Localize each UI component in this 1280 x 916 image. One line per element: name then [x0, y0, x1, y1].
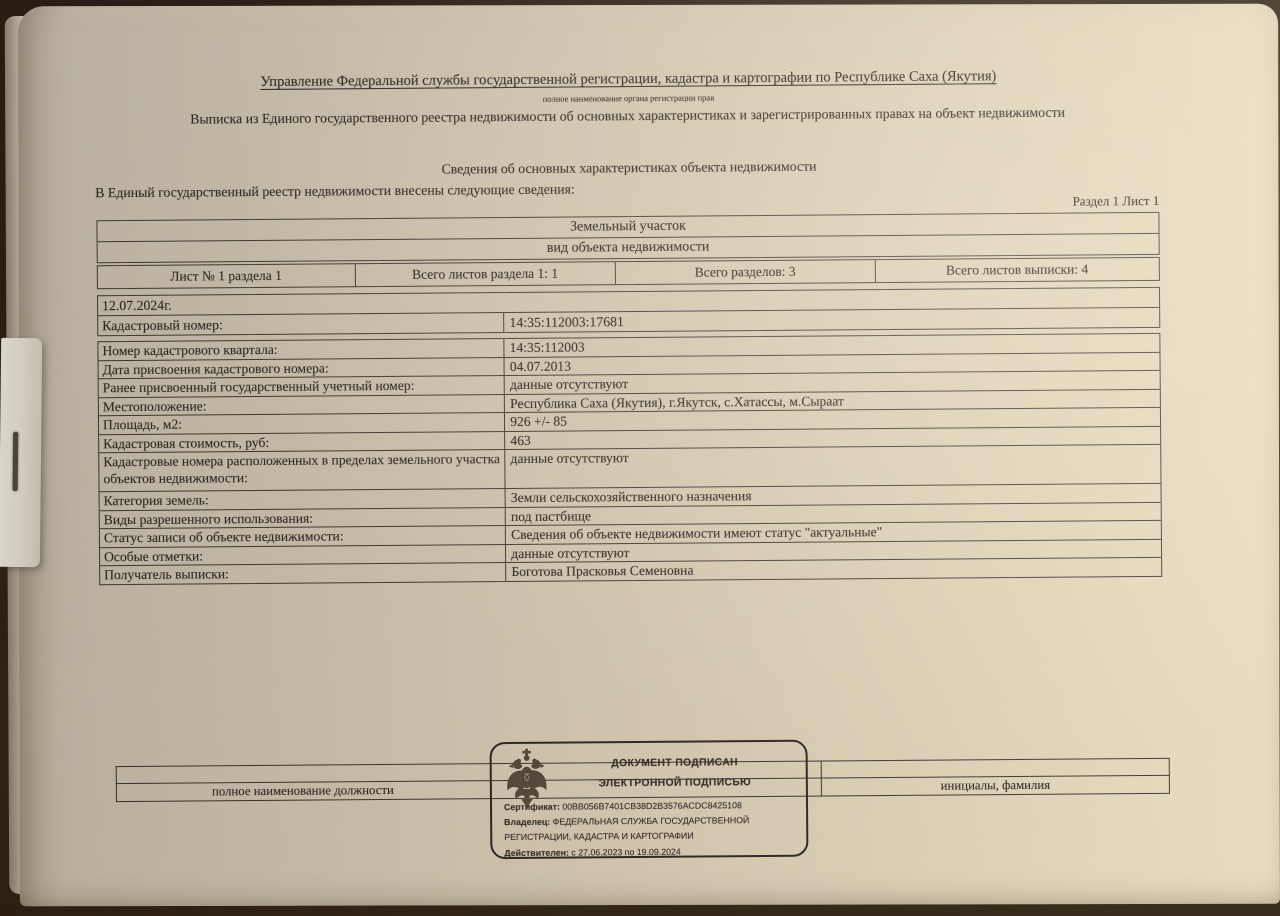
org-title-text: Управление Федеральной службы государств… — [260, 68, 996, 90]
doc-title: Выписка из Единого государственного реес… — [58, 104, 1198, 129]
row-label: Номер кадастрового квартала: — [98, 339, 504, 360]
row-label: Кадастровый номер: — [98, 313, 504, 335]
certificate-value: 00BB056B7401CB38D2B3576ACDC8425108 — [562, 800, 742, 811]
details-table: Номер кадастрового квартала: 14:35:11200… — [97, 333, 1162, 585]
object-type-table: Земельный участок вид объекта недвижимос… — [96, 212, 1159, 263]
row-label: Площадь, м2: — [99, 413, 505, 434]
row-label: Особые отметки: — [100, 545, 506, 566]
document-content: Управление Федеральной службы государств… — [0, 0, 1280, 916]
row-label: Статус записи об объекте недвижимости: — [100, 526, 506, 547]
row-label: Ранее присвоенный государственный учетны… — [99, 376, 505, 397]
row-label: Дата присвоения кадастрового номера: — [99, 358, 505, 379]
row-value: данные отсутствуют — [505, 445, 1160, 488]
stamp-validity-line: Действителен: с 27.06.2023 по 19.09.2024 — [504, 843, 800, 861]
row-label: Кадастровые номера расположенных в преде… — [99, 450, 506, 491]
row-value: Боготова Прасковья Семеновна — [506, 558, 1161, 581]
row-label: Местоположение: — [99, 395, 505, 416]
org-title: Управление Федеральной службы государств… — [97, 67, 1159, 92]
document-photo: Управление Федеральной службы государств… — [0, 0, 1280, 916]
digital-signature-stamp: ДОКУМЕНТ ПОДПИСАН ЭЛЕКТРОННОЙ ПОДПИСЬЮ С… — [490, 740, 809, 859]
row-label: Категория земель: — [100, 489, 506, 510]
stamp-title-line2: ЭЛЕКТРОННОЙ ПОДПИСЬЮ — [550, 777, 800, 790]
stamp-title-line1: ДОКУМЕНТ ПОДПИСАН — [550, 757, 800, 770]
validity-value: с 27.06.2023 по 19.09.2024 — [571, 846, 681, 857]
sheet-info-cell: Всего листов выписки: 4 — [875, 258, 1159, 282]
certificate-label: Сертификат: — [504, 802, 560, 812]
sheet-info-cell: Всего листов раздела 1: 1 — [355, 262, 616, 286]
row-value: 14:35:112003:17681 — [504, 308, 1159, 332]
stamp-certificate-block: Сертификат: 00BB056B7401CB38D2B3576ACDC8… — [504, 798, 800, 861]
row-label: Кадастровая стоимость, руб: — [99, 432, 505, 453]
row-label: Виды разрешенного использования: — [100, 508, 506, 529]
signature-name-caption: инициалы, фамилия — [821, 777, 1170, 795]
sheet-info-cell: Лист № 1 раздела 1 — [98, 264, 356, 288]
table-row: Кадастровые номера расположенных в преде… — [99, 444, 1160, 491]
owner-value: ФЕДЕРАЛЬНАЯ СЛУЖБА ГОСУДАРСТВЕННОЙ — [553, 815, 750, 827]
signature-position-caption: полное наименование должности — [116, 782, 490, 800]
owner-label: Владелец: — [504, 817, 550, 827]
sheet-info-cell: Всего разделов: 3 — [616, 260, 876, 284]
section-title: Сведения об основных характеристиках объ… — [98, 156, 1160, 180]
date-cadastral-table: 12.07.2024г. Кадастровый номер: 14:35:11… — [97, 287, 1160, 336]
row-label: Получатель выписки: — [100, 563, 506, 584]
validity-label: Действителен: — [504, 847, 569, 858]
